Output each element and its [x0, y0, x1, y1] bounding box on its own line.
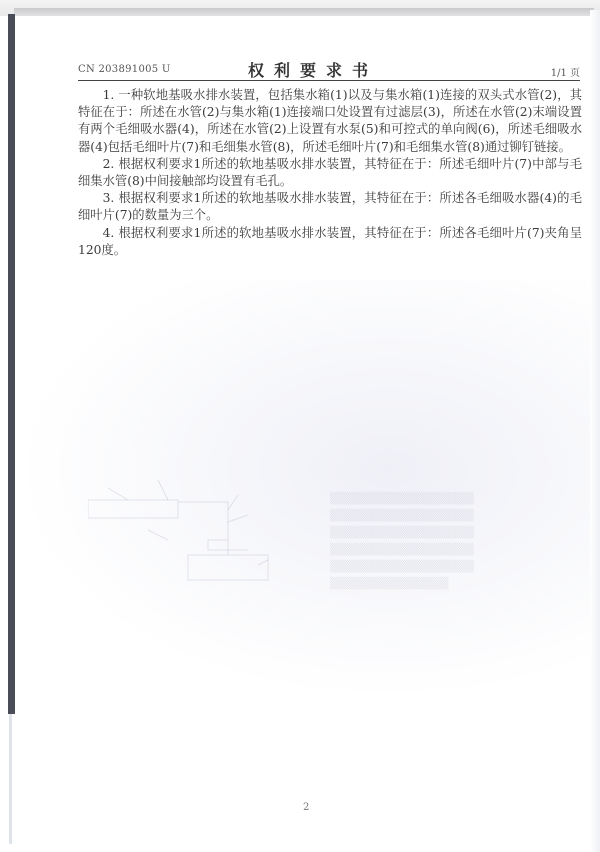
page-indicator: 1/1 页 [551, 64, 580, 79]
scan-right-edge [590, 10, 600, 852]
patent-number: CN 203891005 U [78, 64, 171, 75]
document-header: CN 203891005 U 权利要求书 1/1 页 [78, 60, 580, 81]
claim-1: 1. 一种软地基吸水排水装置，包括集水箱(1)以及与集水箱(1)连接的双头式水管… [78, 87, 582, 156]
claim-4: 4. 根据权利要求1所述的软地基吸水排水装置，其特征在于：所述各毛细叶片(7)夹… [78, 225, 582, 259]
claim-3: 3. 根据权利要求1所述的软地基吸水排水装置，其特征在于：所述各毛细吸水器(4)… [78, 190, 582, 224]
scan-left-border-fade [9, 714, 12, 844]
document-title: 权利要求书 [248, 58, 378, 81]
claim-2: 2. 根据权利要求1所述的软地基吸水排水装置，其特征在于：所述毛细叶片(7)中部… [78, 156, 582, 190]
scan-left-border [8, 14, 15, 714]
claims-section: 1. 一种软地基吸水排水装置，包括集水箱(1)以及与集水箱(1)连接的双头式水管… [78, 87, 582, 259]
footer-page-number: 2 [303, 802, 309, 813]
